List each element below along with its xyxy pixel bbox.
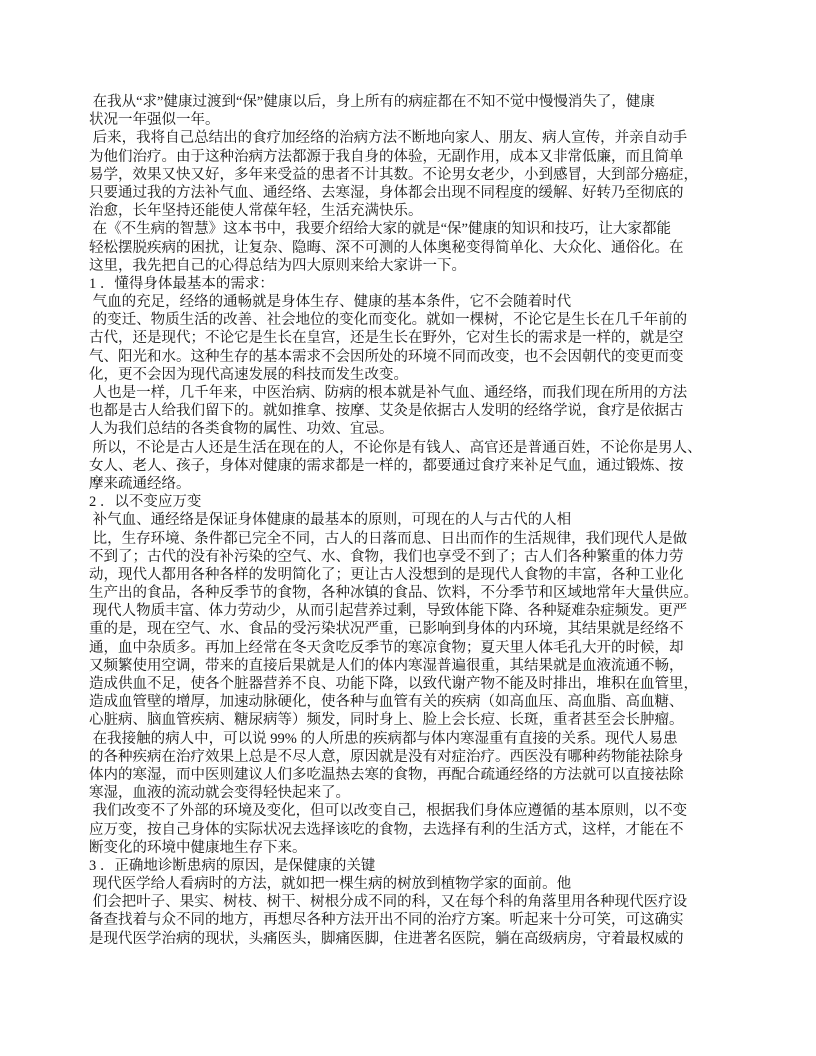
text-line: 人为我们总结的各类食物的属性、功效、宜忌。 <box>89 420 739 438</box>
text-line: 气、阳光和水。这种生存的基本需求不会因所处的环境不同而改变，也不会因朝代的变更而… <box>89 348 739 366</box>
text-line: 造成供血不足，使各个脏器营养不良、功能下降，以致代谢产物不能及时排出，堆积在血管… <box>89 675 739 693</box>
text-line: 我们改变不了外部的环境及变化，但可以改变自己，根据我们身体应遵循的基本原则，以不… <box>89 802 739 820</box>
text-line: 又频繁使用空调，带来的直接后果就是人们的体内寒湿普遍很重，其结果就是血液流通不畅… <box>89 657 739 675</box>
text-line: 轻松摆脱疾病的困扰，让复杂、隐晦、深不可测的人体奥秘变得简单化、大众化、通俗化。… <box>89 239 739 257</box>
text-line: 动，现代人都用各种各样的发明简化了；更让古人没想到的是现代人食物的丰富，各种工业… <box>89 566 739 584</box>
text-line: 断变化的环境中健康地生存下来。 <box>89 839 739 857</box>
text-line: 气血的充足，经络的通畅就是身体生存、健康的基本条件，它不会随着时代 <box>89 293 739 311</box>
text-line: 应万变，按自己身体的实际状况去选择该吃的食物，去选择有利的生活方式，这样，才能在… <box>89 821 739 839</box>
text-line: 通，血中杂质多。再加上经常在冬天贪吃反季节的寒凉食物；夏天里人体毛孔大开的时候，… <box>89 639 739 657</box>
document-page: 在我从“求”健康过渡到“保”健康以后，身上所有的病症都在不知不觉中慢慢消失了，健… <box>0 0 816 1056</box>
text-line: 古代，还是现代；不论它是生长在皇宫，还是生长在野外，它对生长的需求是一样的，就是… <box>89 329 739 347</box>
text-line: 造成血管壁的增厚，加速动脉硬化，使各种与血管有关的疾病（如高血压、高血脂、高血糖… <box>89 693 739 711</box>
text-line: 现代医学给人看病时的方法，就如把一棵生病的树放到植物学家的面前。他 <box>89 875 739 893</box>
text-line: 也都是古人给我们留下的。就如推拿、按摩、艾灸是依据古人发明的经络学说，食疗是依据… <box>89 402 739 420</box>
text-line: 在我接触的病人中，可以说 99% 的人所患的疾病都与体内寒湿重有直接的关系。现代… <box>89 730 739 748</box>
text-line: 为他们治疗。由于这种治病方法都源于我自身的体验，无副作用，成本又非常低廉，而且简… <box>89 148 739 166</box>
text-line: 们会把叶子、果实、树枝、树干、树根分成不同的科，又在每个科的角落里用各种现代医疗… <box>89 893 739 911</box>
text-line: 化，更不会因为现代高速发展的科技而发生改变。 <box>89 366 739 384</box>
text-line: 现代人物质丰富、体力劳动少，从而引起营养过剩，导致体能下降、各种疑难杂症频发。更… <box>89 602 739 620</box>
text-line: 生产出的食品，各种反季节的食物，各种冰镇的食品、饮料，不分季节和区域地常年大量供… <box>89 584 739 602</box>
text-line: 状况一年强似一年。 <box>89 111 739 129</box>
text-line: 后来，我将自己总结出的食疗加经络的治病方法不断地向家人、朋友、病人宣传，并亲自动… <box>89 129 739 147</box>
text-line: 人也是一样，几千年来，中医治病、防病的根本就是补气血、通经络，而我们现在所用的方… <box>89 384 739 402</box>
text-line: 这里，我先把自己的心得总结为四大原则来给大家讲一下。 <box>89 257 739 275</box>
text-line: 体内的寒湿，而中医则建议人们多吃温热去寒的食物，再配合疏通经络的方法就可以直接祛… <box>89 766 739 784</box>
text-line: 的各种疾病在治疗效果上总是不尽人意，原因就是没有对症治疗。西医没有哪种药物能祛除… <box>89 748 739 766</box>
text-line: 治愈，长年坚持还能使人常葆年轻，生活充满快乐。 <box>89 202 739 220</box>
text-line: 比，生存环境、条件都已完全不同，古人的日落而息、日出而作的生活规律，我们现代人是… <box>89 530 739 548</box>
text-line: 只要通过我的方法补气血、通经络、去寒湿，身体都会出现不同程度的缓解、好转乃至彻底… <box>89 184 739 202</box>
text-line: 3 ．正确地诊断患病的原因，是保健康的关键 <box>89 857 739 875</box>
text-line: 在我从“求”健康过渡到“保”健康以后，身上所有的病症都在不知不觉中慢慢消失了，健… <box>89 93 739 111</box>
text-line: 所以，不论是古人还是生活在现在的人，不论你是有钱人、高官还是普通百姓，不论你是男… <box>89 439 739 457</box>
text-line: 重的是，现在空气、水、食品的受污染状况严重，已影响到身体的内环境，其结果就是经络… <box>89 620 739 638</box>
text-line: 1 ．懂得身体最基本的需求： <box>89 275 739 293</box>
document-text: 在我从“求”健康过渡到“保”健康以后，身上所有的病症都在不知不觉中慢慢消失了，健… <box>89 93 739 948</box>
text-line: 在《不生病的智慧》这本书中，我要介绍给大家的就是“保”健康的知识和技巧，让大家都… <box>89 220 739 238</box>
text-line: 女人、老人、孩子，身体对健康的需求都是一样的，都要通过食疗来补足气血，通过锻炼、… <box>89 457 739 475</box>
text-line: 摩来疏通经络。 <box>89 475 739 493</box>
text-line: 易学，效果又快又好，多年来受益的患者不计其数。不论男女老少，小到感冒，大到部分癌… <box>89 166 739 184</box>
text-line: 的变迁、物质生活的改善、社会地位的变化而变化。就如一棵树，不论它是生长在几千年前… <box>89 311 739 329</box>
text-line: 是现代医学治病的现状，头痛医头，脚痛医脚，住进著名医院，躺在高级病房，守着最权威… <box>89 930 739 948</box>
text-line: 心脏病、脑血管疾病、糖尿病等）频发，同时身上、脸上会长痘、长斑，重者甚至会长肿瘤… <box>89 711 739 729</box>
text-line: 寒湿，血液的流动就会变得轻快起来了。 <box>89 784 739 802</box>
text-line: 2 ．以不变应万变 <box>89 493 739 511</box>
text-line: 备查找着与众不同的地方，再想尽各种方法开出不同的治疗方案。听起来十分可笑，可这确… <box>89 911 739 929</box>
text-line: 不到了；古代的没有补污染的空气、水、食物，我们也享受不到了；古人们各种繁重的体力… <box>89 548 739 566</box>
text-line: 补气血、通经络是保证身体健康的最基本的原则，可现在的人与古代的人相 <box>89 511 739 529</box>
